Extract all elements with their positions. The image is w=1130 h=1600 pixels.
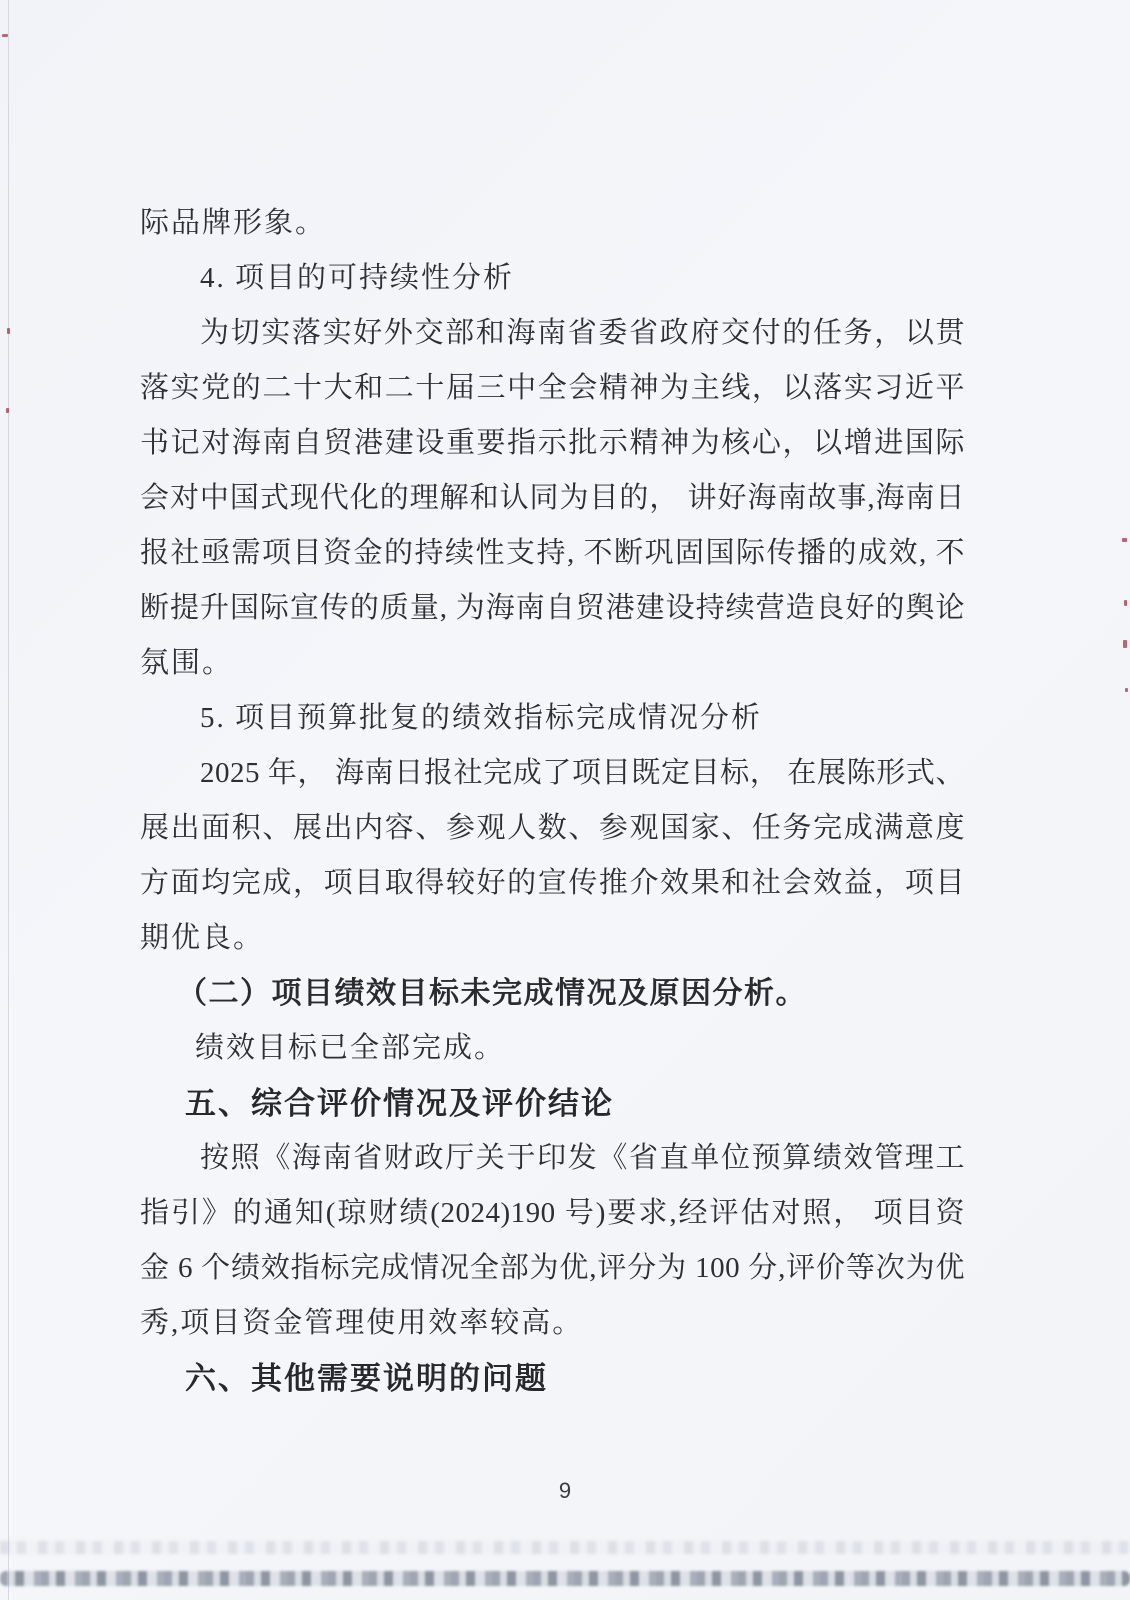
text-line: 断提升国际宣传的质量, 为海南自贸港建设持续营造良好的舆论 xyxy=(140,581,965,636)
text-line: 五、综合评价情况及评价结论 xyxy=(140,1076,965,1131)
text-line: 落实党的二十大和二十届三中全会精神为主线，以落实习近平总 xyxy=(140,361,965,416)
text-line: 金 6 个绩效指标完成情况全部为优,评分为 100 分,评价等次为优 xyxy=(140,1241,965,1296)
text-line: （二）项目绩效目标未完成情况及原因分析。 xyxy=(140,966,965,1021)
text-line: 报社亟需项目资金的持续性支持, 不断巩固国际传播的成效, 不 xyxy=(140,526,965,581)
text-line: 六、其他需要说明的问题 xyxy=(140,1351,965,1406)
scan-smudge-band-dark xyxy=(0,1571,1130,1586)
text-line: 际品牌形象。 xyxy=(140,196,965,251)
text-line: 按照《海南省财政厅关于印发《省直单位预算绩效管理工作 xyxy=(140,1131,965,1186)
text-line: 方面均完成，项目取得较好的宣传推介效果和社会效益，项目预 xyxy=(140,856,965,911)
text-line: 氛围。 xyxy=(140,636,965,691)
text-line: 书记对海南自贸港建设重要指示批示精神为核心，以增进国际社 xyxy=(140,416,965,471)
text-line: 会对中国式现代化的理解和认同为目的， 讲好海南故事,海南日 xyxy=(140,471,965,526)
red-speck xyxy=(1125,688,1128,692)
text-line: 期优良。 xyxy=(140,911,965,966)
text-line: 4. 项目的可持续性分析 xyxy=(140,251,965,306)
text-line: 5. 项目预算批复的绩效指标完成情况分析 xyxy=(140,691,965,746)
text-line: 绩效目标已全部完成。 xyxy=(140,1021,965,1076)
text-line: 展出面积、展出内容、参观人数、参观国家、任务完成满意度等 xyxy=(140,801,965,856)
text-line: 指引》的通知(琼财绩(2024)190 号)要求,经评估对照， 项目资 xyxy=(140,1186,965,1241)
red-speck xyxy=(7,328,10,334)
red-speck xyxy=(1123,640,1127,648)
red-speck xyxy=(2,34,8,37)
text-line: 2025 年， 海南日报社完成了项目既定目标， 在展陈形式、 xyxy=(140,746,965,801)
scanned-document-page: { "page": { "page_number": "9", "backgro… xyxy=(0,0,1130,1600)
red-speck xyxy=(1122,538,1127,542)
scan-edge-line xyxy=(8,0,9,1600)
scan-smudge-band-faint xyxy=(0,1541,1130,1554)
document-text-column: 际品牌形象。4. 项目的可持续性分析为切实落实好外交部和海南省委省政府交付的任务… xyxy=(140,196,965,1406)
page-number: 9 xyxy=(0,1478,1130,1504)
red-speck xyxy=(6,408,9,413)
text-line: 秀,项目资金管理使用效率较高。 xyxy=(140,1296,965,1351)
text-line: 为切实落实好外交部和海南省委省政府交付的任务，以贯彻 xyxy=(140,306,965,361)
red-speck xyxy=(1124,600,1127,606)
